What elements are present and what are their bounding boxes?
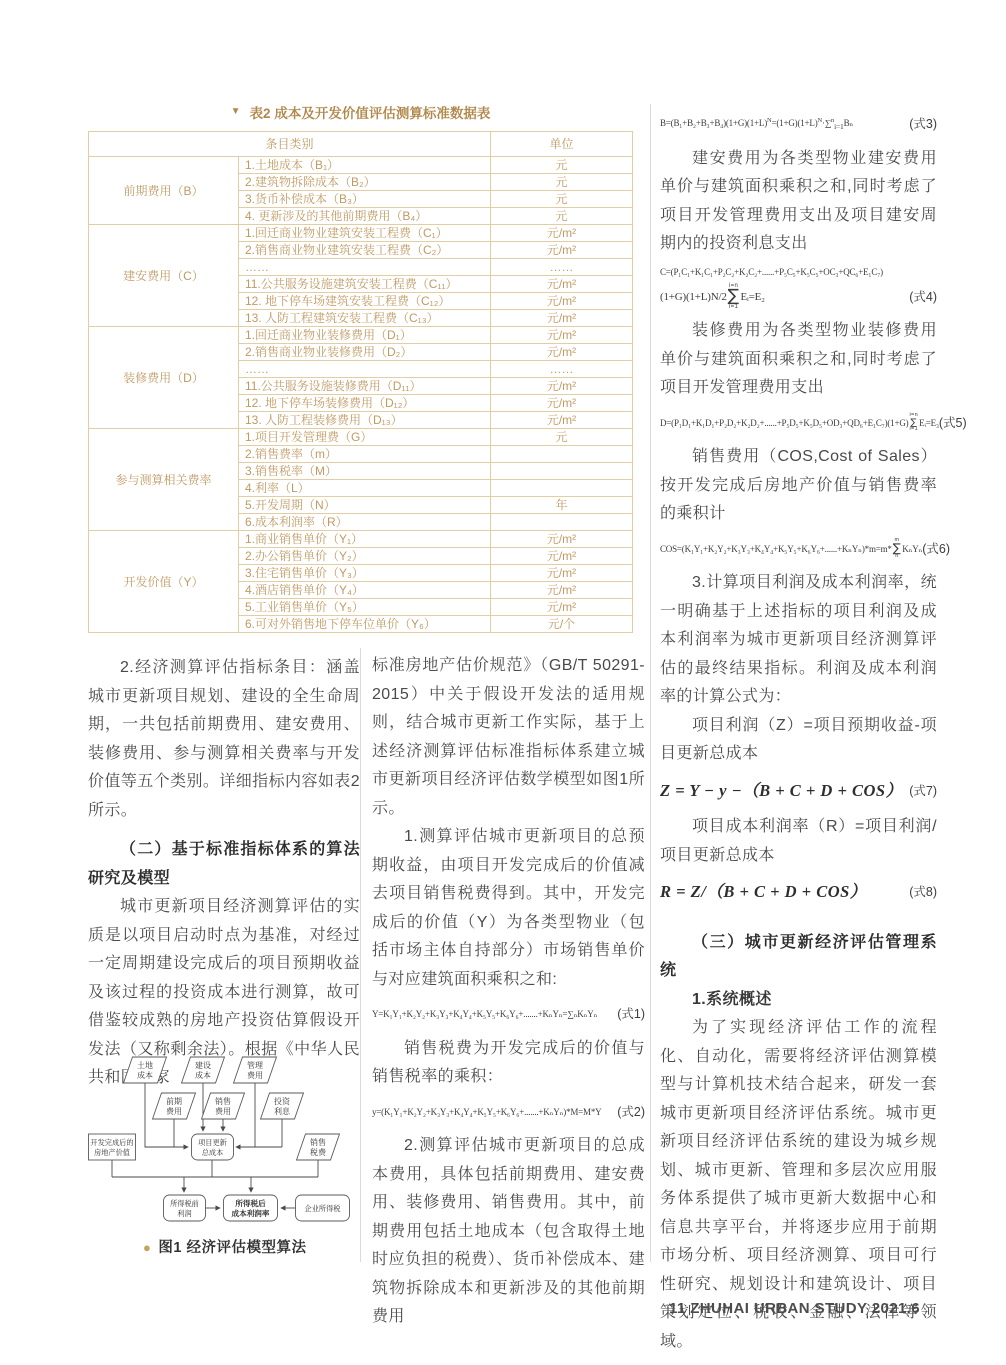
header-unit: 单位 [491, 132, 633, 157]
table2-title: ▼ 表2 成本及开发价值评估测算标准数据表 [88, 102, 633, 122]
formula-8-tag: (式8) [909, 878, 937, 907]
formula-1-tag: (式1) [617, 1000, 645, 1029]
paragraph: 1.测算评估城市更新项目的总预期收益，由项目开发完成后的价值减去项目销售税费得到… [372, 823, 645, 994]
formula-3: B=(B₁+B₂+B₃+B₄)(1+G)(1+L)N=(1+G)(1+L)N·∑… [660, 110, 937, 139]
node-sales-tax-label: 销售 [310, 1137, 326, 1147]
figure1-caption-text: 图1 经济评估模型算法 [158, 1240, 306, 1256]
table2-title-text: 表2 成本及开发价值评估测算标准数据表 [250, 102, 491, 122]
formula-7: Z = Y − y −（B + C + D + COS） (式7) [660, 777, 937, 806]
cost-value-table: 条目类别 单位 前期费用（B） 1.土地成本（B₁） 元 2.建筑物拆除成本（B… [88, 131, 633, 633]
node-investment-interest-label: 投资 [274, 1096, 291, 1106]
node-corporate-tax-label: 企业所得税 [305, 1204, 341, 1213]
node-property-value-label: 房地产价值 [94, 1148, 130, 1157]
paragraph: 建安费用为各类型物业建安费用单价与建筑面积乘积之和,同时考虑了项目开发管理费用支… [660, 145, 937, 259]
table-row: 装修费用（D） 1.回迁商业物业装修费用（D₁） 元/m² [89, 327, 633, 344]
node-pretax-profit-label: 所得税前 [170, 1199, 199, 1208]
right-column: B=(B₁+B₂+B₃+B₄)(1+G)(1+L)N=(1+G)(1+L)N·∑… [660, 100, 937, 1356]
category-cell: 参与测算相关费率 [89, 429, 239, 531]
paragraph: 销售税费为开发完成后的价值与销售税率的乘积： [372, 1035, 645, 1092]
paragraph: 项目成本利润率（R）=项目利润/项目更新总成本 [660, 813, 937, 870]
formula-8-expr: R = Z/（B + C + D + COS） [660, 878, 867, 907]
header-category: 条目类别 [89, 132, 491, 157]
table2-block: ▼ 表2 成本及开发价值评估测算标准数据表 条目类别 单位 前期费用（B） 1.… [88, 102, 633, 633]
formula-2: y=(K₁Y₁+K₂Y₂+K₃Y₃+K₄Y₄+K₅Y₅+K₆Y₆+.......… [372, 1098, 645, 1127]
section-heading-3: （三）城市更新经济评估管理系统 [660, 929, 937, 986]
formula-5-tag: (式5) [939, 409, 967, 438]
category-cell: 装修费用（D） [89, 327, 239, 429]
table-header-row: 条目类别 单位 [89, 132, 633, 157]
page-footer: 11 ZHUHAI URBAN STUDY 2021.6 [669, 1300, 920, 1317]
paragraph: 2.测算评估城市更新项目的总成本费用，具体包括前期费用、建安费用、装修费用、销售… [372, 1132, 645, 1332]
node-property-value-label: 开发完成后的 [90, 1138, 133, 1147]
node-early-cost-label: 前期 [166, 1096, 182, 1106]
node-total-cost-label: 项目更新 [198, 1138, 227, 1147]
category-cell: 开发价值（Y） [89, 531, 239, 633]
formula-3-expr: B=(B₁+B₂+B₃+B₄)(1+G)(1+L)N=(1+G)(1+L)N·∑… [660, 114, 853, 134]
summation-symbol: i=n ∑ i=1 [909, 413, 918, 432]
formula-1: Y=K₁Y₁+K₂Y₂+K₃Y₃+K₄Y₄+K₅Y₅+K₆Y₆+.......+… [372, 1000, 645, 1029]
paragraph: 项目利润（Z）=项目预期收益-项目更新总成本 [660, 712, 937, 769]
node-total-cost-label: 总成本 [202, 1148, 224, 1157]
formula-4-line2: (1+G)(1+L)N/2 i=n ∑ i=1 Eᵢ=E₂ (式4) [660, 283, 937, 312]
middle-column: 标准房地产估价规范》（GB/T 50291-2015）中关于假设开发法的适用规则… [372, 652, 645, 1332]
node-construction-cost-label: 建设 [195, 1060, 211, 1070]
paragraph: 2.经济测算评估指标条目：涵盖城市更新项目规划、建设的全生命周期，一共包括前期费… [88, 654, 360, 825]
node-land-cost-label: 土地 [137, 1060, 153, 1070]
table-row: 建安费用（C） 1.回迁商业物业建筑安装工程费（C₁） 元/m² [89, 225, 633, 242]
category-cell: 建安费用（C） [89, 225, 239, 327]
formula-2-tag: (式2) [617, 1098, 645, 1127]
figure1-caption: ●图1 经济评估模型算法 [143, 1236, 306, 1257]
formula-7-expr: Z = Y − y −（B + C + D + COS） [660, 777, 903, 806]
node-early-cost-label: 费用 [166, 1106, 182, 1116]
node-sales-cost-label: 费用 [215, 1106, 231, 1116]
node-sales-tax-label: 税费 [310, 1147, 327, 1157]
node-land-cost-label: 成本 [137, 1070, 153, 1080]
journal-page: ▼ 表2 成本及开发价值评估测算标准数据表 条目类别 单位 前期费用（B） 1.… [0, 0, 1006, 1365]
node-construction-cost-label: 成本 [195, 1070, 211, 1080]
formula-7-tag: (式7) [909, 777, 937, 806]
node-sales-cost-label: 销售 [215, 1096, 231, 1106]
summation-symbol: m ∑ n [893, 538, 902, 560]
node-management-cost-label: 管理 [247, 1060, 263, 1070]
paragraph: 标准房地产估价规范》（GB/T 50291-2015）中关于假设开发法的适用规则… [372, 652, 645, 823]
node-management-cost-label: 费用 [247, 1070, 263, 1080]
node-aftertax-profit-rate-label: 所得税后 [235, 1198, 266, 1208]
formula-2-expr: y=(K₁Y₁+K₂Y₂+K₃Y₃+K₄Y₄+K₅Y₅+K₆Y₆+.......… [372, 1105, 601, 1119]
paragraph: 3.计算项目利润及成本利润率，统一明确基于上述指标的项目利润及成本利润率为城市更… [660, 569, 937, 712]
paragraph: 装修费用为各类型物业装修费用单价与建筑面积乘积之和,同时考虑了项目开发管理费用支… [660, 317, 937, 403]
table-row: 开发价值（Y） 1.商业销售单价（Y₁） 元/m² [89, 531, 633, 548]
column-divider-right [650, 104, 651, 1262]
formula-3-tag: (式3) [909, 110, 937, 139]
subsection-heading: 1.系统概述 [660, 986, 937, 1015]
node-aftertax-profit-rate-label: 成本利润率 [232, 1208, 270, 1218]
table-row: 参与测算相关费率 1.项目开发管理费（G） 元 [89, 429, 633, 446]
bullet-icon: ● [143, 1240, 151, 1255]
triangle-marker-icon: ▼ [231, 106, 241, 117]
summation-symbol: i=n ∑ i=1 [728, 283, 740, 310]
formula-6-tag: (式6) [922, 535, 950, 564]
formula-8: R = Z/（B + C + D + COS） (式8) [660, 878, 937, 907]
formula-6: COS=(K₁Y₁+K₂Y₂+K₃Y₃+K₄Y₄+K₅Y₅+K₆Y₆+.....… [660, 535, 937, 564]
formula-4-line1: C=(P₁C₁+K₁C₁+P₂C₂+K₂C₂+......+P₅C₅+K₅C₅+… [660, 265, 937, 279]
node-investment-interest-label: 利息 [274, 1106, 291, 1116]
flowchart-figure: 土地 成本 建设 成本 管理 费用 前期 费用 销售 费用 投资 利息 开发完成… [88, 1055, 373, 1241]
formula-1-expr: Y=K₁Y₁+K₂Y₂+K₃Y₃+K₄Y₄+K₅Y₅+K₆Y₆+.......+… [372, 1007, 597, 1021]
table-row: 前期费用（B） 1.土地成本（B₁） 元 [89, 157, 633, 174]
category-cell: 前期费用（B） [89, 157, 239, 225]
left-column: 2.经济测算评估指标条目：涵盖城市更新项目规划、建设的全生命周期，一共包括前期费… [88, 654, 360, 1093]
formula-4: C=(P₁C₁+K₁C₁+P₂C₂+K₂C₂+......+P₅C₅+K₅C₅+… [660, 265, 937, 312]
formula-4-tag: (式4) [909, 283, 937, 312]
section-heading-2: （二）基于标准指标体系的算法研究及模型 [88, 836, 360, 893]
paragraph: 销售费用（COS,Cost of Sales）按开发完成后房地产价值与销售费率的… [660, 443, 937, 529]
connector-bus [112, 1160, 318, 1177]
node-pretax-profit-label: 利润 [177, 1209, 191, 1218]
formula-5: D=(P₁D₁+K₁D₁+P₂D₂+K₂D₂+......+P₅D₅+K₅D₅+… [660, 409, 937, 438]
